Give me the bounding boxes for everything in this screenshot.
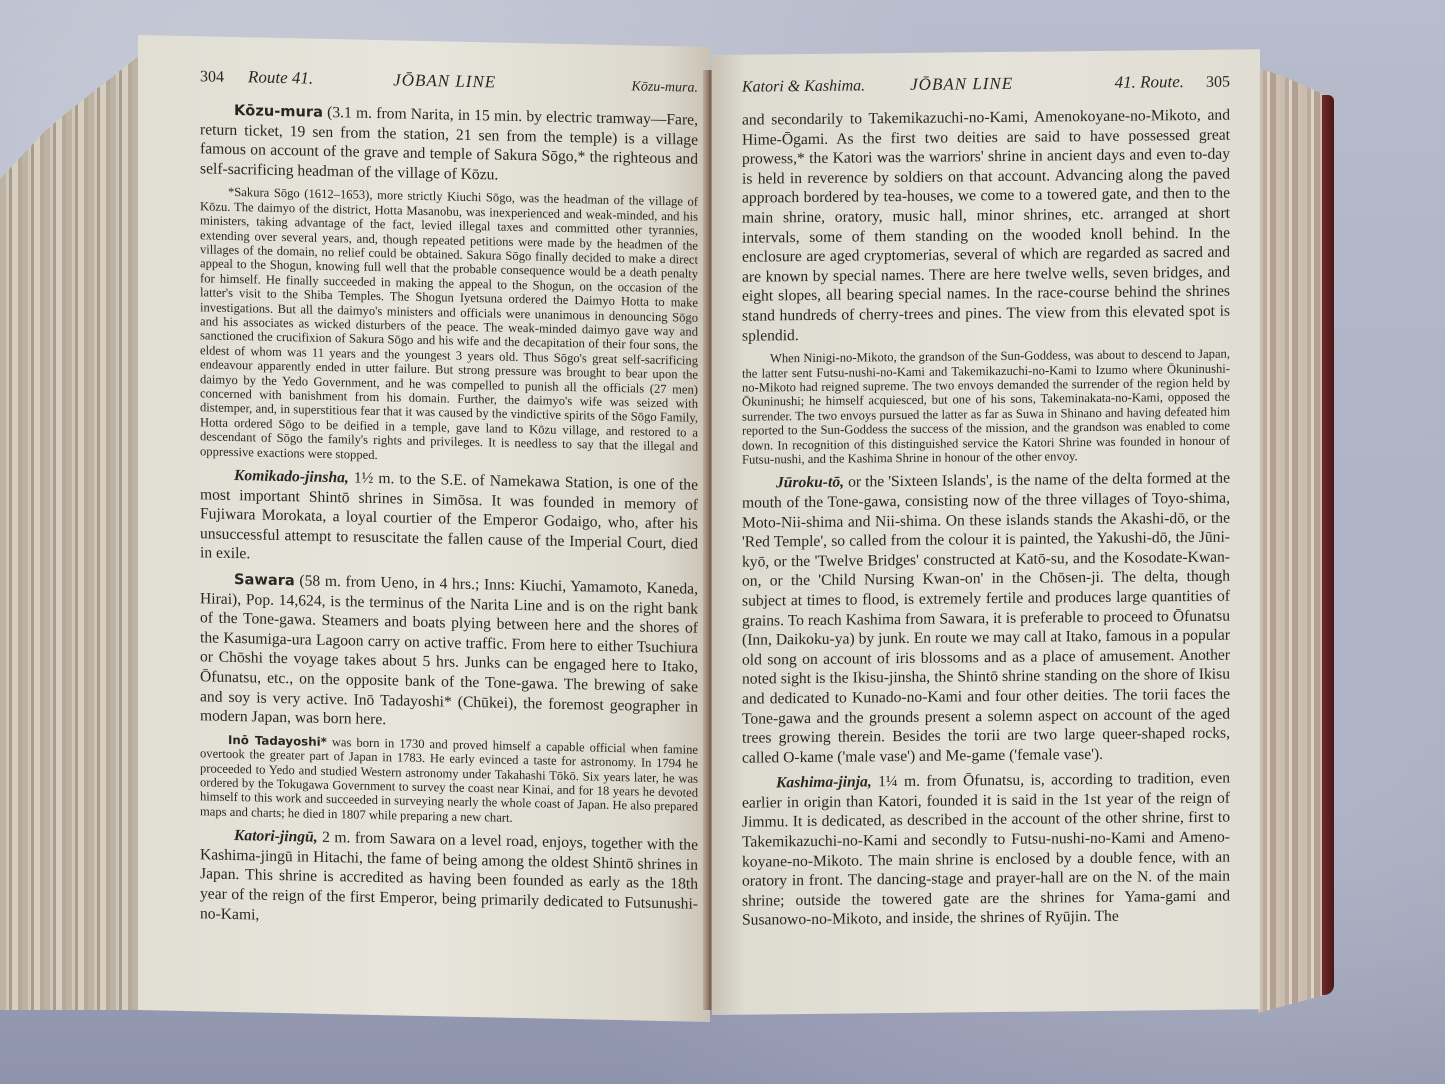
entry-heading: Komikado-jinsha, [234,467,349,486]
right-page: Katori & Kashima. JŌBAN LINE 41. Route. … [712,49,1260,1015]
left-page-stack [0,55,140,1010]
paragraph-kozu-mura: Kōzu-mura (3.1 m. from Narita, in 15 min… [200,100,698,189]
side-note: Katori & Kashima. [742,77,865,96]
paragraph-kashima-jinja: Kashima-jinja, 1¼ m. from Ōfunatsu, is, … [742,769,1230,931]
entry-heading: Katori-jingū, [234,827,318,846]
paragraph-katori-continued: and secondarily to Takemikazuchi-no-Kami… [742,106,1230,346]
footnote-sakura-sogo: *Sakura Sōgo (1612–1653), more strictly … [200,185,698,469]
running-title: JŌBAN LINE [393,70,496,92]
paragraph-sawara: Sawara (58 m. from Ueno, in 4 hrs.; Inns… [200,569,698,736]
footnote-ino-tadayoshi: Inō Tadayoshi* was born in 1730 and prov… [200,732,698,829]
footnote-ninigi-no-mikoto: When Ninigi-no-Mikoto, the grandson of t… [742,347,1230,467]
entry-heading: Kashima-jinja, [776,774,872,792]
route-label: 41. Route. [1115,72,1184,93]
entry-heading: Jūroku-tō, [776,474,844,492]
open-book: 304 Route 41. JŌBAN LINE Kōzu-mura. Kōzu… [0,0,1445,1084]
side-note: Kōzu-mura. [631,79,698,96]
paragraph-katori-jingu: Katori-jingū, 2 m. from Sawara on a leve… [200,826,698,934]
left-page-header: 304 Route 41. JŌBAN LINE Kōzu-mura. [200,66,698,96]
right-page-stack [1258,68,1328,1013]
route-label: Route 41. [248,67,313,88]
running-title: JŌBAN LINE [910,74,1013,95]
right-page-header: Katori & Kashima. JŌBAN LINE 41. Route. … [742,72,1230,97]
paragraph-juroku-to: Jūroku-tō, or the 'Sixteen Islands', is … [742,469,1230,768]
book-cover-edge [1322,95,1334,995]
left-page: 304 Route 41. JŌBAN LINE Kōzu-mura. Kōzu… [138,35,710,1022]
entry-heading: Inō Tadayoshi* [228,733,327,749]
page-number: 304 [200,68,224,87]
page-number: 305 [1206,74,1230,92]
entry-heading: Kōzu-mura [234,102,323,121]
paragraph-komikado-jinsha: Komikado-jinsha, 1½ m. to the S.E. of Na… [200,465,698,573]
entry-heading: Sawara [234,571,295,589]
